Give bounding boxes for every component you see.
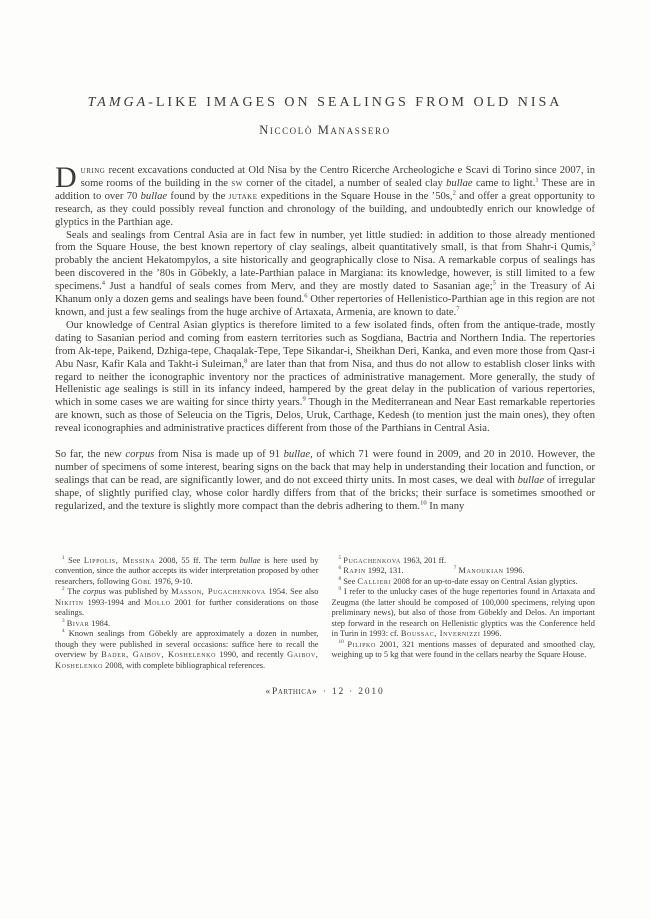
- article-body: During recent excavations conducted at O…: [55, 165, 595, 514]
- footnote-6-7: 6 Rapin 1992, 131. 7 Manoukian 1996.: [332, 566, 596, 577]
- footnote-2: 2 The corpus was published by Masson, Pu…: [55, 587, 319, 619]
- footnote-1: 1 See Lippolis, Messina 2008, 55 ff. The…: [55, 556, 319, 588]
- footnote-3: 3 Bivar 1984.: [55, 619, 319, 630]
- body-paragraph-3: Our knowledge of Central Asian glyptics …: [55, 320, 595, 436]
- drop-cap: D: [55, 165, 81, 190]
- footnote-9: 9 I refer to the unlucky cases of the hu…: [332, 587, 596, 640]
- body-paragraph-1: During recent excavations conducted at O…: [55, 165, 595, 230]
- footnotes-left-column: 1 See Lippolis, Messina 2008, 55 ff. The…: [55, 556, 319, 672]
- paragraph-text: uring recent excavations conducted at Ol…: [55, 165, 595, 228]
- body-paragraph-2: Seals and sealings from Central Asia are…: [55, 230, 595, 320]
- footnote-10: 10 Pilipko 2001, 321 mentions masses of …: [332, 640, 596, 661]
- body-paragraph-4: So far, the new corpus from Nisa is made…: [55, 449, 595, 514]
- journal-footer: «Parthica» · 12 · 2010: [55, 687, 595, 697]
- author-name: Niccolò Manassero: [55, 123, 595, 138]
- footnotes-right-column: 5 Pugachenkova 1963, 201 ff. 6 Rapin 199…: [332, 556, 596, 672]
- footnote-8: 8 See Callieri 2008 for an up-to-date es…: [332, 577, 596, 588]
- page-title: TAMGA-LIKE IMAGES ON SEALINGS FROM OLD N…: [55, 95, 595, 111]
- footnote-4: 4 Known sealings from Göbekly are approx…: [55, 629, 319, 671]
- footnotes-section: 1 See Lippolis, Messina 2008, 55 ff. The…: [55, 556, 595, 672]
- journal-page: TAMGA-LIKE IMAGES ON SEALINGS FROM OLD N…: [0, 0, 650, 919]
- footnote-5: 5 Pugachenkova 1963, 201 ff.: [332, 556, 596, 567]
